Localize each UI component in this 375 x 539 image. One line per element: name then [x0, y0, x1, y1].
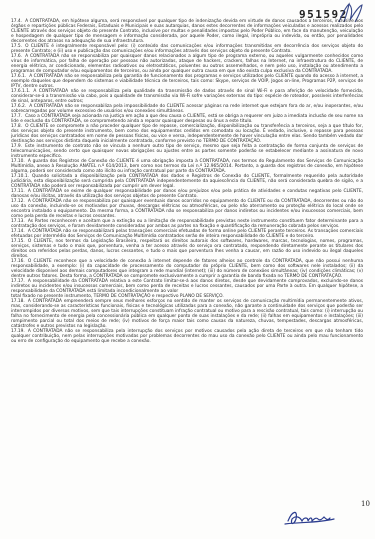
clause-17-16: 17.16.O CLIENTE reconhece que a velocida…	[11, 259, 363, 279]
clause-17-10-1: 17.10.1.Quando solicitada a disponibiliz…	[11, 174, 363, 189]
clause-17-14: 17.14.A CONTRATADA não se responsabiliza…	[11, 229, 363, 239]
clause-17-6-1: 17.6.1.A CONTRATADA não se responsabiliz…	[11, 74, 363, 89]
clause-17-7: 17.7.Caso a CONTRATADA seja acionada na …	[11, 114, 363, 124]
document-page: 951592 17.4.A CONTRATADA, em hipótese al…	[0, 0, 375, 539]
clause-17-18: 17.18.A CONTRATADA empreenderá sempre se…	[11, 299, 363, 329]
clause-17-6: 17.6.A CONTRATADA não se responsabiliza …	[11, 54, 363, 74]
page-number: 10	[361, 500, 370, 508]
clause-17-4: 17.4.A CONTRATADA, em hipótese alguma, s…	[11, 19, 363, 44]
clause-17-5: 17.5.O CLIENTE é integralmente responsáv…	[11, 44, 363, 54]
clause-17-19: 17.19.A CONTRATADA não se responsabiliza…	[11, 329, 363, 344]
clause-17-13: 17.13.As Partes reconhecem e aceitam que…	[11, 219, 363, 229]
signature-icon	[282, 507, 342, 529]
clause-17-17: 17.17.A responsabilidade da CONTRATADA r…	[11, 279, 363, 294]
clause-17-11: 17.11.A CONTRATADA se exime de qualquer …	[11, 189, 363, 199]
contract-clauses: 17.4.A CONTRATADA, em hipótese alguma, s…	[11, 19, 363, 344]
clause-17-12: 17.12.A CONTRATADA não se responsabiliza…	[11, 199, 363, 219]
clause-17-9: 17.9.Este instrumento de contrato não se…	[11, 144, 363, 159]
clause-17-10: 17.10.A guarda dos Registros de Conexão …	[11, 159, 363, 174]
clause-17-6-2: 17.6.2.A CONTRATADA não se responsabiliz…	[11, 104, 363, 114]
clause-17-8: 17.8.O CLIENTE se compromete a não proce…	[11, 124, 363, 144]
clause-17-6-1-1: 17.6.1.1.A CONTRATADA não se responsabil…	[11, 89, 363, 104]
clause-17-15: 17.15.O CLIENTE, nos termos da Legislaçã…	[11, 239, 363, 259]
